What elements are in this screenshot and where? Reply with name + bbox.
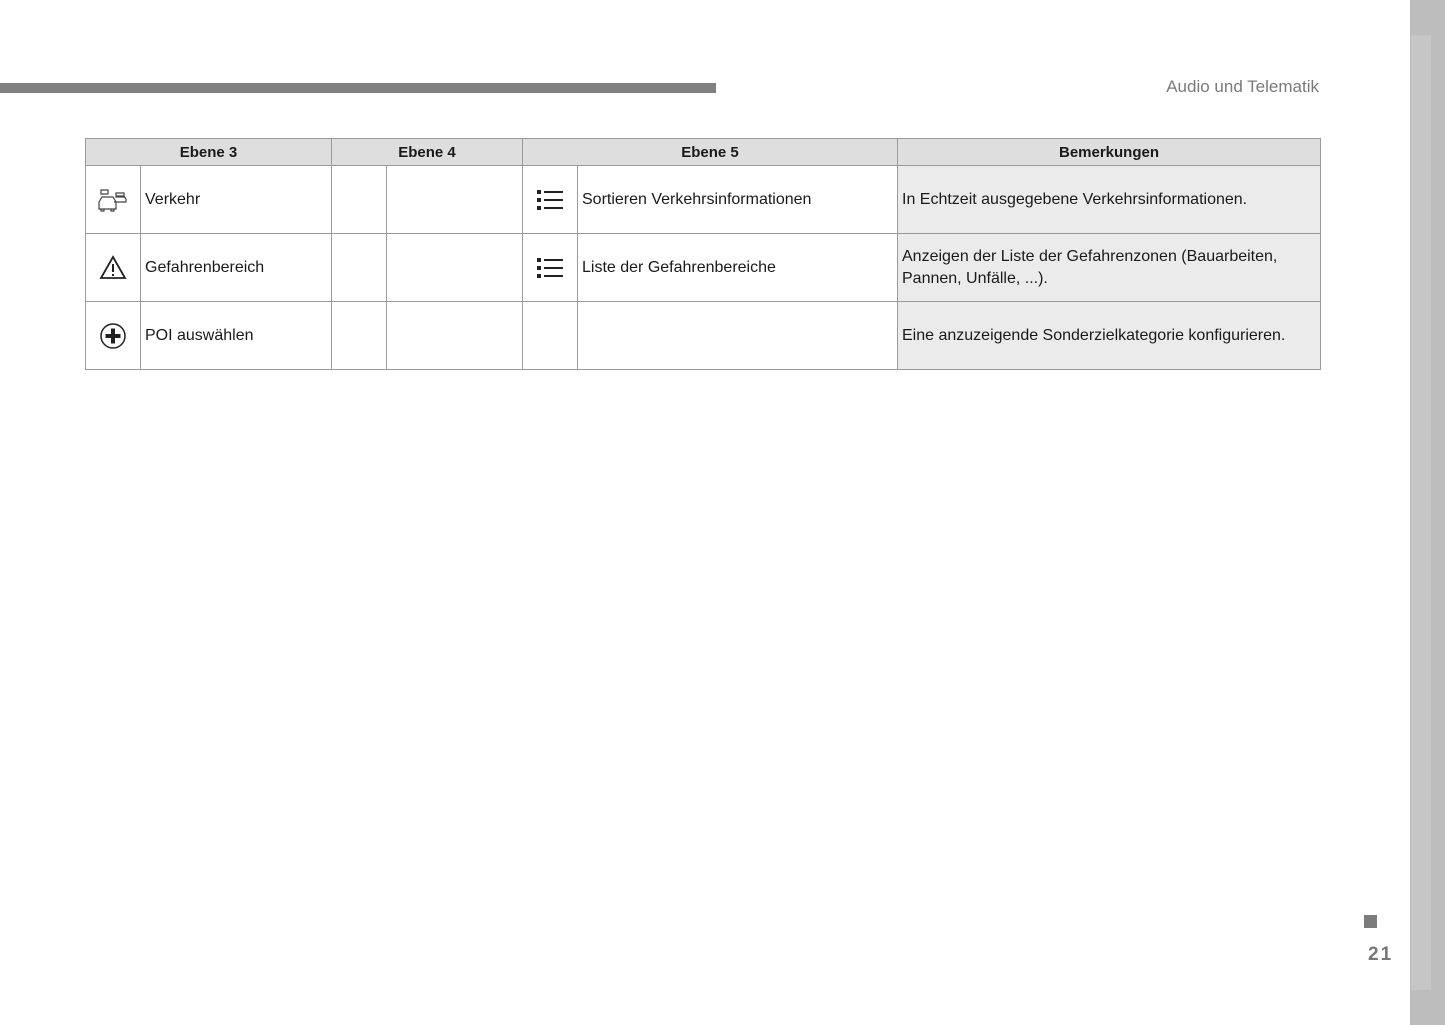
- column-header-level4: Ebene 4: [332, 139, 523, 166]
- header-bar: [0, 83, 716, 93]
- table-row: POI auswählen Eine anzuzeigende Sonderzi…: [86, 302, 1321, 370]
- column-header-level3: Ebene 3: [86, 139, 332, 166]
- table-row: Gefahrenbereich Liste der Gefahrenbereic…: [86, 234, 1321, 302]
- page-edge-tab: [1411, 35, 1431, 990]
- remark: Anzeigen der Liste der Gefahrenzonen (Ba…: [898, 234, 1321, 302]
- level4-label: [387, 166, 523, 234]
- menu-levels-table: Ebene 3 Ebene 4 Ebene 5 Bemerkungen Verk…: [85, 138, 1321, 370]
- level4-label: [387, 302, 523, 370]
- list-icon: [536, 189, 564, 211]
- level3-icon-cell: [86, 234, 141, 302]
- remark-line: Pannen, Unfälle, ...).: [902, 268, 1320, 290]
- column-header-level5: Ebene 5: [523, 139, 898, 166]
- remark-line: Anzeigen der Liste der Gefahrenzonen (Ba…: [902, 246, 1320, 268]
- level5-icon-cell: [523, 302, 578, 370]
- level4-label: [387, 234, 523, 302]
- level3-icon-cell: [86, 302, 141, 370]
- level4-icon-cell: [332, 234, 387, 302]
- level3-label: POI auswählen: [141, 302, 332, 370]
- list-icon: [536, 257, 564, 279]
- level4-icon-cell: [332, 302, 387, 370]
- level5-label: [578, 302, 898, 370]
- table-header-row: Ebene 3 Ebene 4 Ebene 5 Bemerkungen: [86, 139, 1321, 166]
- plus-circle-icon: [99, 322, 127, 350]
- level5-label: Liste der Gefahrenbereiche: [578, 234, 898, 302]
- page-number: 21: [1368, 944, 1393, 966]
- level3-icon-cell: [86, 166, 141, 234]
- remark: Eine anzuzeigende Sonderzielkategorie ko…: [898, 302, 1321, 370]
- level5-label: Sortieren Verkehrsinformationen: [578, 166, 898, 234]
- level5-icon-cell: [523, 166, 578, 234]
- level5-icon-cell: [523, 234, 578, 302]
- warning-triangle-icon: [99, 255, 127, 281]
- level4-icon-cell: [332, 166, 387, 234]
- column-header-remarks: Bemerkungen: [898, 139, 1321, 166]
- level3-label: Verkehr: [141, 166, 332, 234]
- page-marker-square: [1364, 915, 1377, 928]
- section-title: Audio und Telematik: [1166, 77, 1319, 97]
- table-row: Verkehr Sortieren Verkehrsinformationen …: [86, 166, 1321, 234]
- traffic-cars-icon: [97, 187, 129, 213]
- remark: In Echtzeit ausgegebene Verkehrsinformat…: [898, 166, 1321, 234]
- level3-label: Gefahrenbereich: [141, 234, 332, 302]
